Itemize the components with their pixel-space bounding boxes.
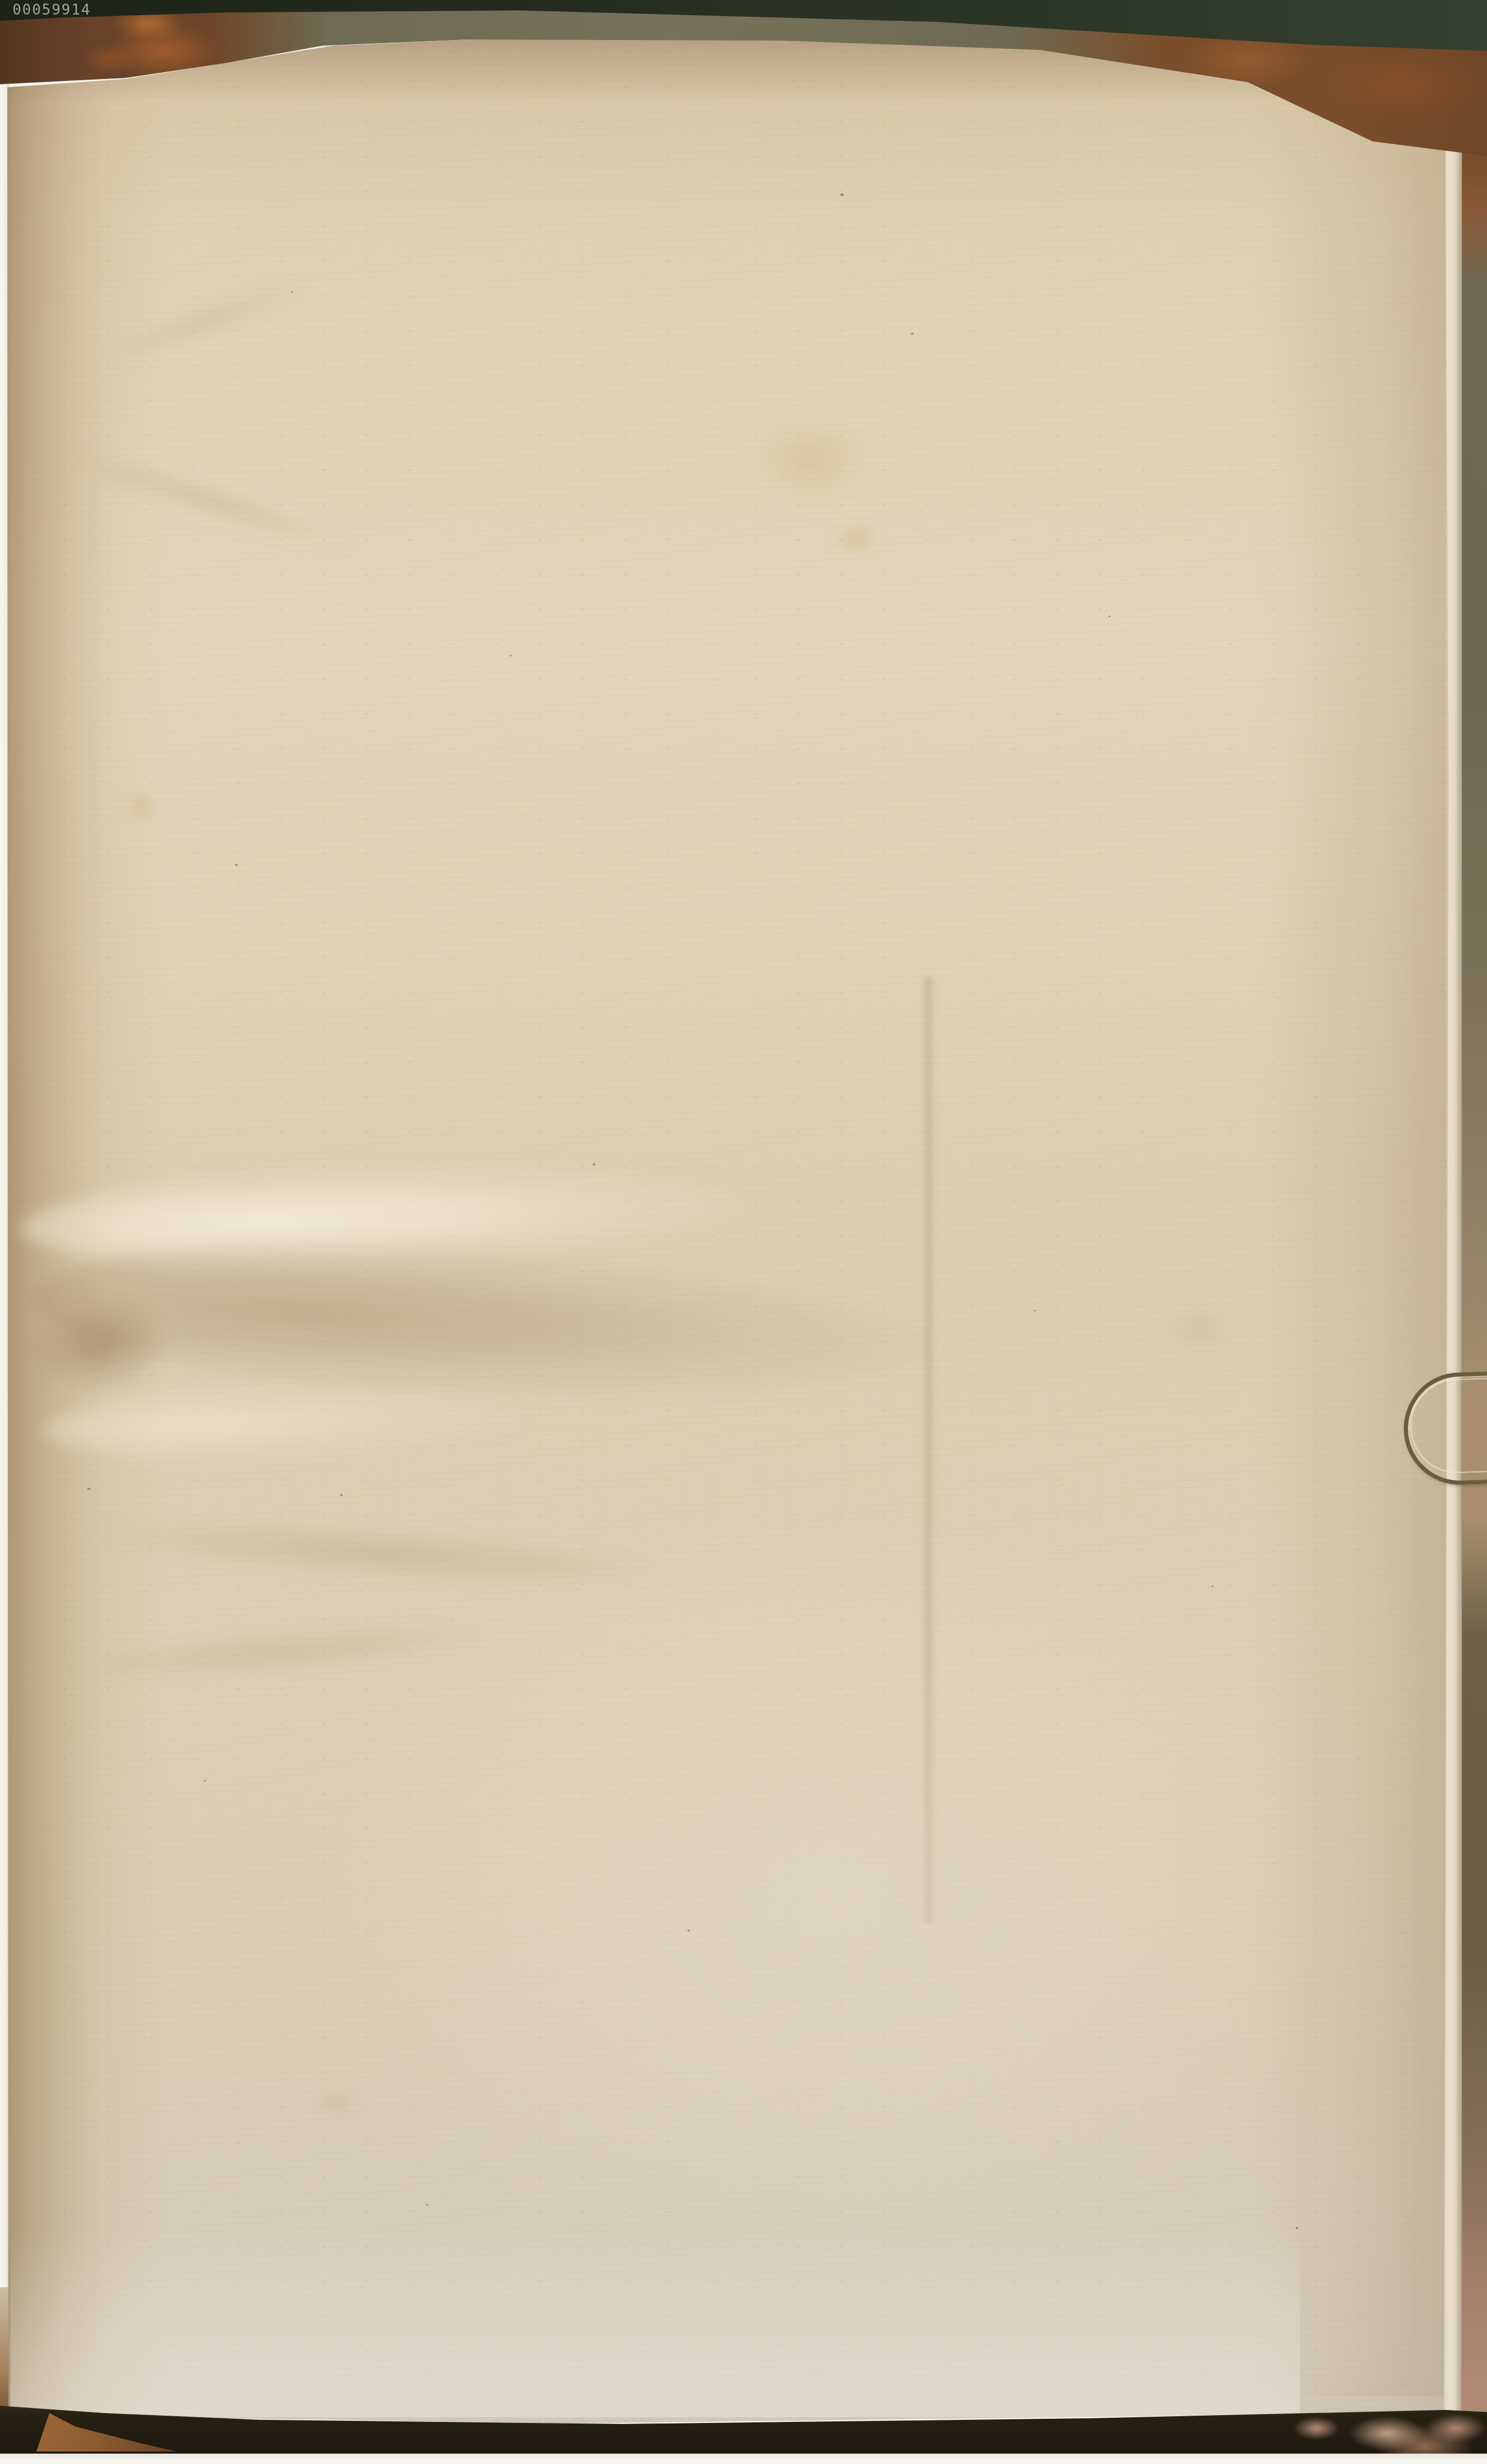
paper-speck <box>1034 1310 1036 1312</box>
scanner-bed-bottom-strip <box>0 2454 1487 2464</box>
paper-speck <box>235 864 238 866</box>
speck-layer <box>0 0 1487 2464</box>
paper-speck <box>1108 615 1111 617</box>
book-scan-canvas: 00059914 <box>0 0 1487 2464</box>
cover-margin-right <box>1462 47 1487 2417</box>
marbled-cover-corner <box>1279 2406 1487 2456</box>
paper-speck <box>1211 1585 1214 1587</box>
paper-speck <box>291 291 293 293</box>
paper-speck <box>1296 2227 1298 2229</box>
scan-watermark-id: 00059914 <box>12 1 91 18</box>
paper-speck <box>687 1930 690 1932</box>
blank-book-page <box>0 0 1487 2464</box>
paper-speck <box>840 193 844 196</box>
paper-speck <box>340 1494 343 1496</box>
paper-speck <box>426 2204 428 2206</box>
paper-speck <box>204 1780 206 1781</box>
paper-speck <box>593 1163 595 1165</box>
paper-speck <box>87 1488 90 1490</box>
paper-speck <box>510 655 512 657</box>
paper-speck <box>911 333 914 335</box>
